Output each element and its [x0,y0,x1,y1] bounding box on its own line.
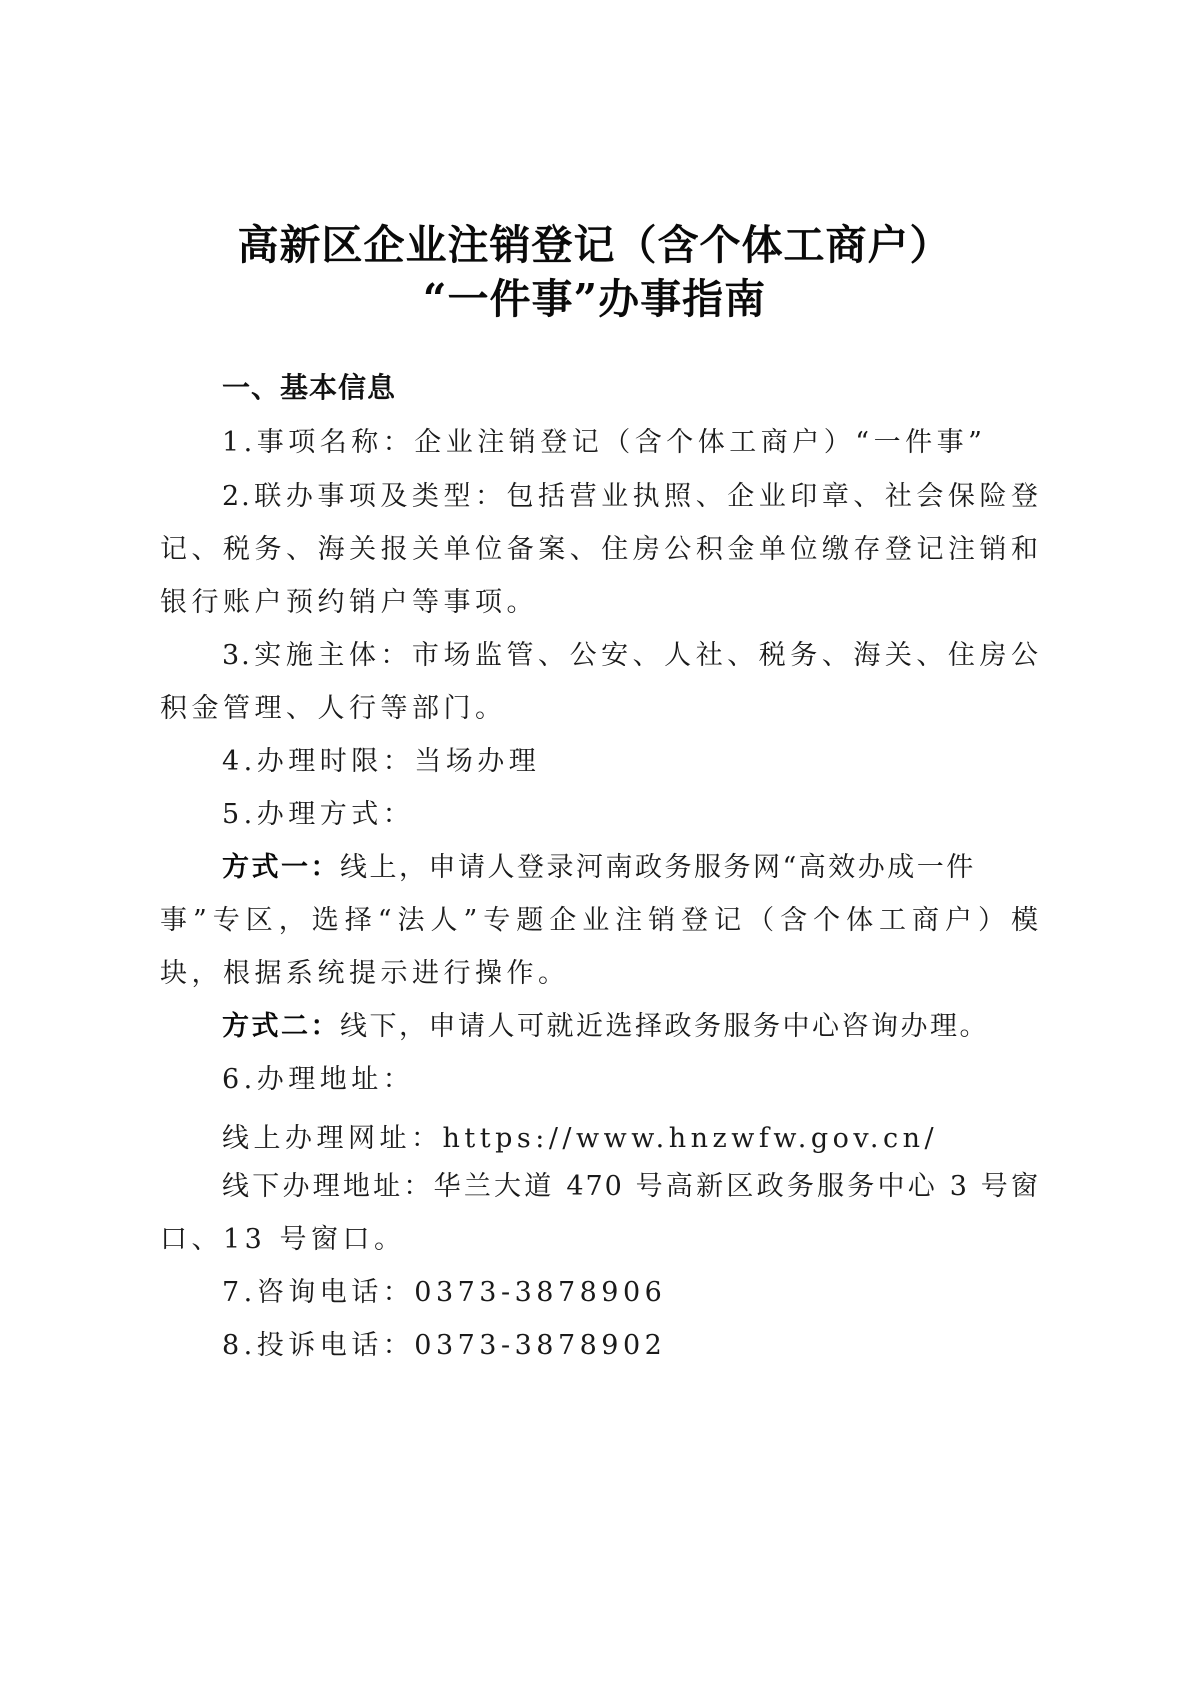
item-handling-method: 5.办理方式： [222,792,414,831]
item-complaint-phone: 8.投诉电话：0373-3878902 [222,1323,666,1362]
item-implementing-bodies-line1: 3.实施主体：市场监管、公安、人社、税务、海关、住房公 [222,633,1040,672]
method-one-label: 方式一： [222,852,340,883]
item-name: 1.事项名称：企业注销登记（含个体工商户）“一件事” [222,420,986,459]
item-implementing-bodies-line2: 积金管理、人行等部门。 [160,686,507,725]
method-two-label: 方式二： [222,1011,340,1042]
item-joint-matters-line3: 银行账户预约销户等事项。 [160,580,538,619]
method-one-line1: 方式一：线上，申请人登录河南政务服务网“高效办成一件 [222,845,976,884]
section-heading-basic-info: 一、基本信息 [222,366,396,406]
item-address: 6.办理地址： [222,1057,414,1096]
document-title-line2: “一件事”办事指南 [0,266,1189,325]
method-two-line: 方式二：线下，申请人可就近选择政务服务中心咨询办理。 [222,1004,989,1043]
item-joint-matters-line2: 记、税务、海关报关单位备案、住房公积金单位缴存登记注销和 [160,527,1040,566]
online-address-label: 线上办理网址： [222,1123,443,1154]
item-joint-matters-line1: 2.联办事项及类型：包括营业执照、企业印章、社会保险登 [222,474,1040,513]
online-address-link[interactable]: https://www.hnzwfw.gov.cn/ [443,1123,939,1154]
online-address-line: 线上办理网址：https://www.hnzwfw.gov.cn/ [222,1116,938,1155]
item-time-limit: 4.办理时限：当场办理 [222,739,540,778]
document-title-line1: 高新区企业注销登记（含个体工商户） [0,212,1189,271]
method-one-line3: 块，根据系统提示进行操作。 [160,951,570,990]
method-two-text: 线下，申请人可就近选择政务服务中心咨询办理。 [340,1011,989,1042]
offline-address-line2: 口、13 号窗口。 [160,1217,405,1256]
method-one-text: 线上，申请人登录河南政务服务网“高效办成一件 [340,852,976,883]
method-one-line2: 事”专区，选择“法人”专题企业注销登记（含个体工商户）模 [160,898,1040,937]
offline-address-line1: 线下办理地址：华兰大道 470 号高新区政务服务中心 3 号窗 [222,1164,1040,1203]
item-consult-phone: 7.咨询电话：0373-3878906 [222,1270,666,1309]
document-page: 高新区企业注销登记（含个体工商户） “一件事”办事指南 一、基本信息 1.事项名… [0,0,1189,1683]
